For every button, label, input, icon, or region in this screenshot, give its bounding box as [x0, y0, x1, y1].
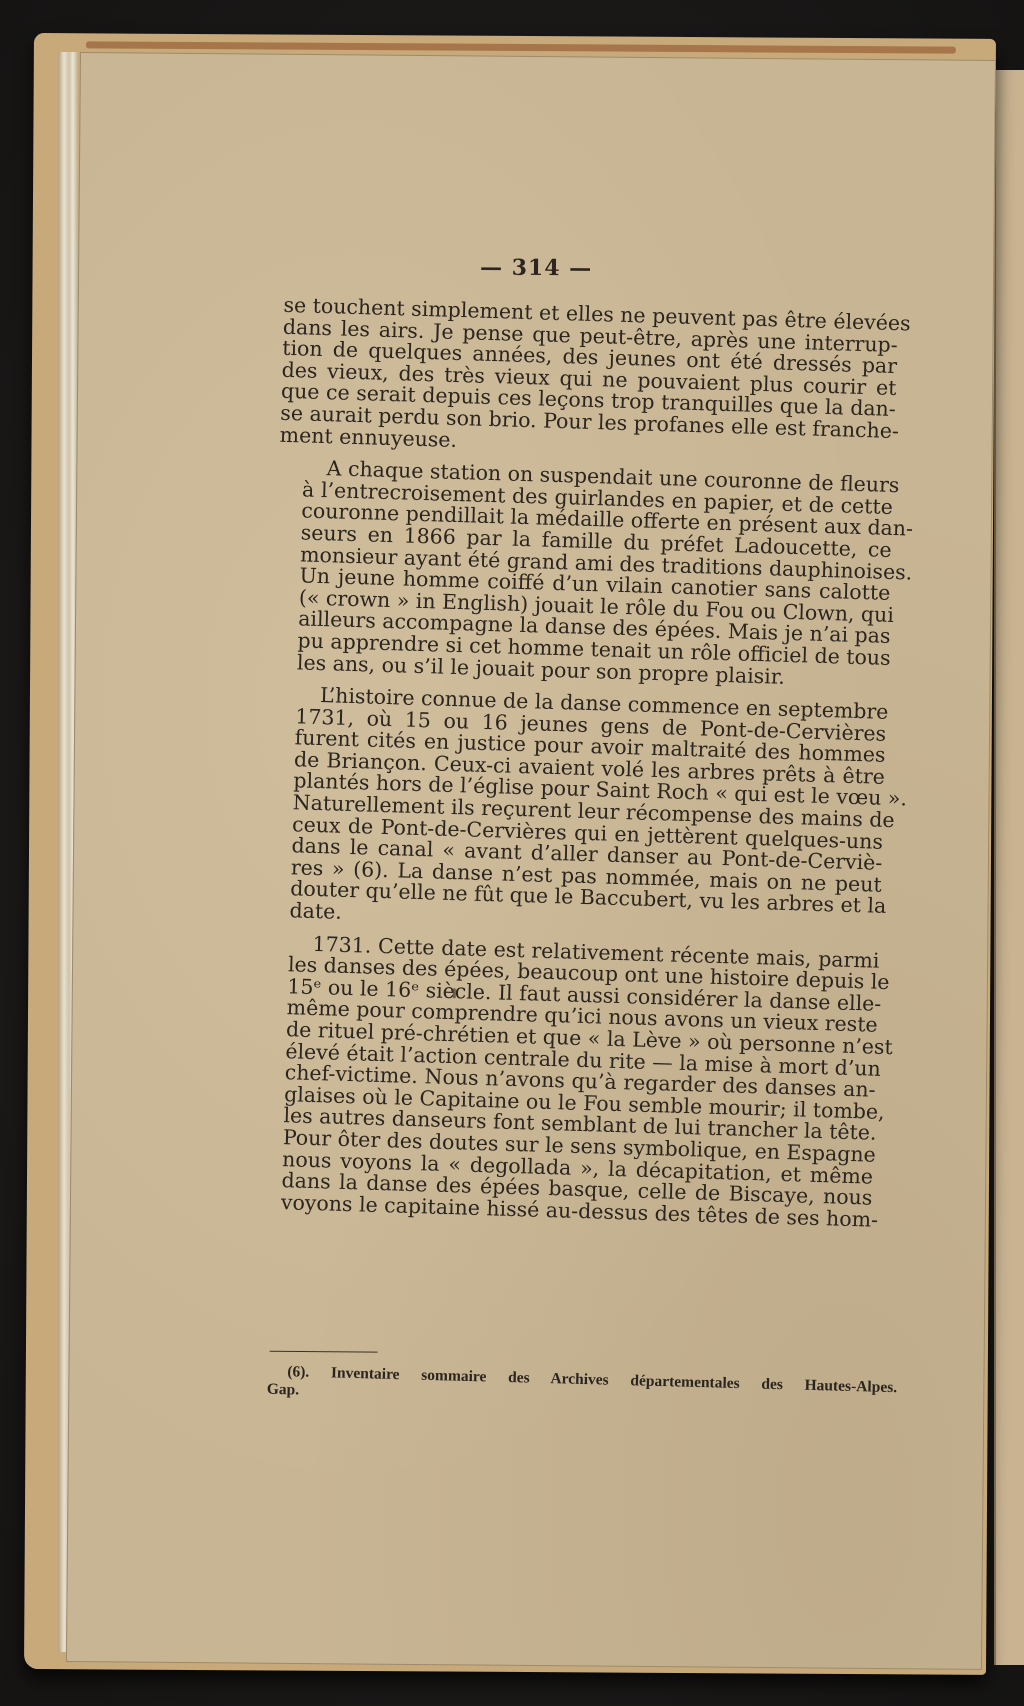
page-number: — 314 — — [79, 251, 993, 285]
paper-speck — [453, 988, 456, 998]
paragraph-2: A chaque station on suspendait une couro… — [273, 457, 894, 691]
book-page: — 314 — se touchent simplement et elles … — [66, 52, 996, 1670]
paragraph-1: se touchent simplement et elles ne peuve… — [279, 295, 898, 464]
footnote-divider — [270, 1351, 378, 1353]
paragraph-3: L’histoire connue de la danse commence e… — [265, 684, 887, 940]
body-text: se touchent simplement et elles ne peuve… — [256, 295, 898, 1242]
footnote: (6). Inventaire sommaire des Archives dé… — [267, 1363, 898, 1415]
paragraph-4: 1731. Cette date est relativement récent… — [257, 932, 880, 1231]
facing-page-edge — [994, 70, 1024, 1665]
